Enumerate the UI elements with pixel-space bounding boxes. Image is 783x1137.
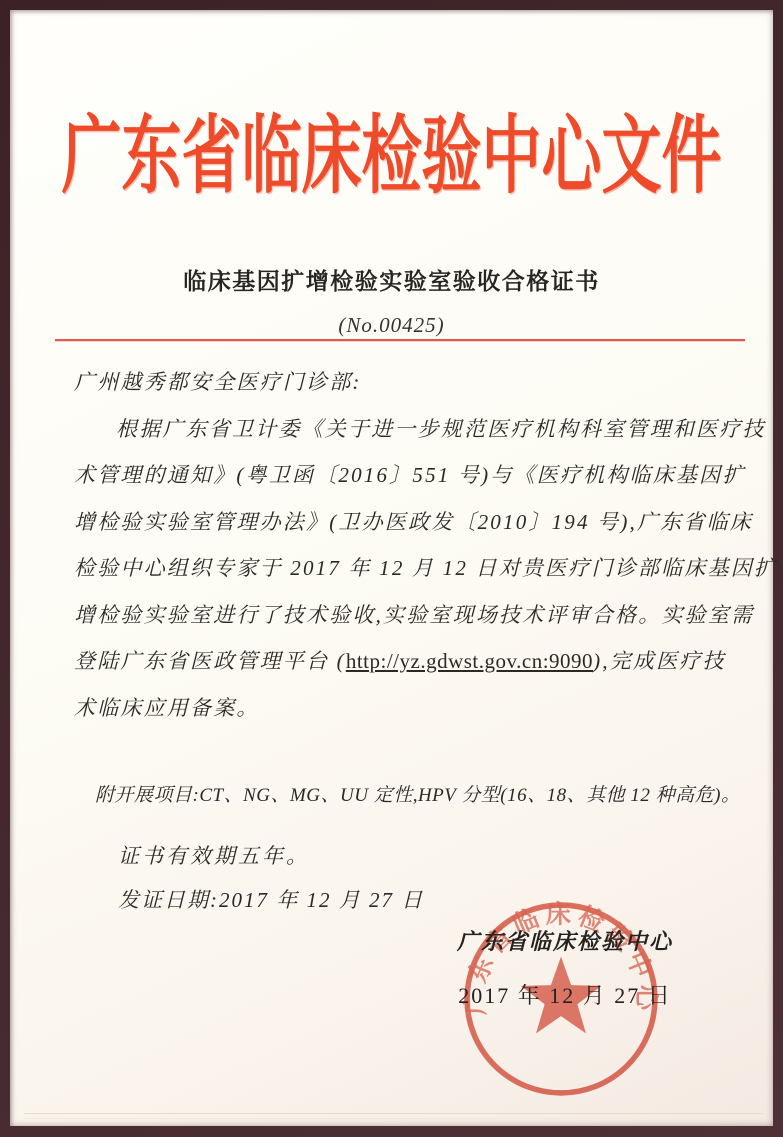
issue-date-line: 发证日期:2017 年 12 月 27 日 — [118, 884, 424, 914]
photo-frame: 广东省临床检验中心文件 临床基因扩增检验实验室验收合格证书 (No.00425)… — [0, 0, 783, 1137]
body-line: 术临床应用备案。 — [74, 685, 739, 732]
certificate-title: 临床基因扩增检验实验室验收合格证书 — [10, 263, 773, 296]
signature-date: 2017 年 12 月 27 日 — [446, 979, 684, 1010]
header-divider-rule — [55, 339, 745, 341]
certificate-page: 广东省临床检验中心文件 临床基因扩增检验实验室验收合格证书 (No.00425)… — [10, 10, 773, 1126]
body-line: 根据广东省卫计委《关于进一步规范医疗机构科室管理和医疗技 — [74, 406, 739, 453]
paper-bottom-edge — [24, 1113, 763, 1119]
signature-org-name: 广东省临床检验中心 — [446, 925, 684, 956]
certificate-body: 广州越秀都安全医疗门诊部: 根据广东省卫计委《关于进一步规范医疗机构科室管理和医… — [74, 359, 739, 731]
platform-url-link[interactable]: http://yz.gdwst.gov.cn:9090 — [346, 649, 593, 673]
body-line-suffix: ),完成医疗技 — [593, 649, 726, 673]
certificate-number: (No.00425) — [10, 313, 773, 338]
body-line: 术管理的通知》(粤卫函〔2016〕551 号)与《医疗机构临床基因扩 — [74, 452, 739, 499]
body-line: 增检验实验室进行了技术验收,实验室现场技术评审合格。实验室需 — [74, 592, 739, 639]
appendix-projects-line: 附开展项目:CT、NG、MG、UU 定性,HPV 分型(16、18、其他 12 … — [95, 780, 753, 807]
body-line: 增检验实验室管理办法》(卫办医政发〔2010〕194 号),广东省临床 — [74, 499, 739, 546]
body-line-prefix: 登陆广东省医政管理平台 ( — [74, 649, 346, 673]
document-header-title: 广东省临床检验中心文件 — [10, 114, 773, 199]
salutation-line: 广州越秀都安全医疗门诊部: — [74, 359, 739, 406]
body-line: 检验中心组织专家于 2017 年 12 月 12 日对贵医疗门诊部临床基因扩 — [74, 545, 739, 592]
certificate-validity-line: 证书有效期五年。 — [118, 840, 310, 870]
body-line-with-link: 登陆广东省医政管理平台 (http://yz.gdwst.gov.cn:9090… — [74, 638, 739, 685]
